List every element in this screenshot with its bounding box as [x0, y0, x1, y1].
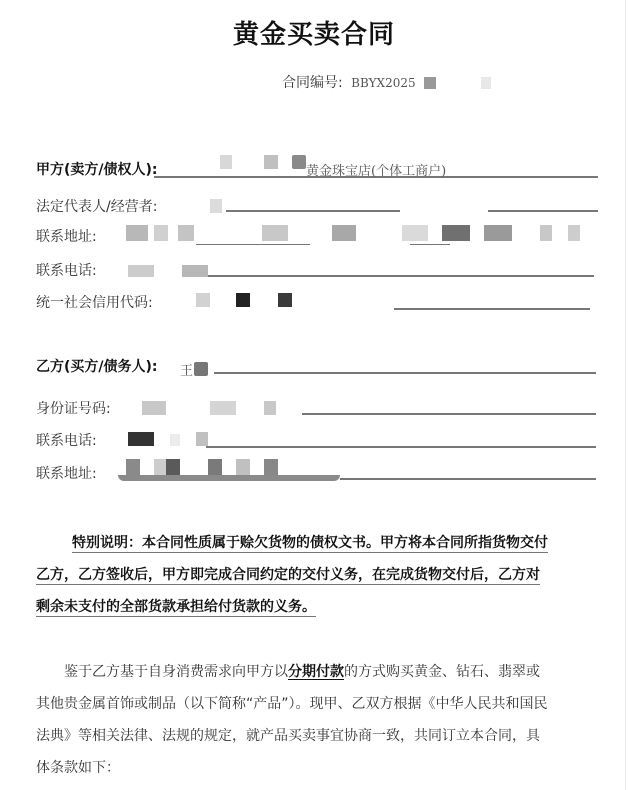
special-notice-line: 剩余未支付的全部货款承担给付货款的义务。 — [36, 599, 316, 615]
field-line — [208, 275, 594, 277]
redaction-block — [264, 155, 278, 169]
redaction-block — [142, 401, 166, 415]
preamble-text: 鉴于乙方基于自身消费需求向甲方以 — [64, 664, 288, 680]
field-line — [410, 244, 450, 245]
redaction-block — [170, 434, 180, 446]
field-line — [340, 478, 596, 480]
party-b-address-label: 联系地址: — [36, 464, 97, 484]
party-a-legal-rep-label: 法定代表人/经营者: — [36, 197, 157, 217]
field-line — [196, 244, 310, 245]
preamble-emphasis: 分期付款 — [288, 664, 344, 680]
field-line — [302, 413, 596, 415]
redaction-block — [194, 362, 208, 376]
field-line — [226, 210, 400, 212]
redaction-block — [278, 293, 292, 307]
redaction-block — [481, 77, 491, 89]
special-notice: 特别说明：本合同性质属于赊欠货物的债权文书。甲方将本合同所指货物交付 乙方，乙方… — [36, 527, 596, 623]
redaction-block — [128, 265, 154, 277]
special-notice-line: 特别说明：本合同性质属于赊欠货物的债权文书。甲方将本合同所指货物交付 — [72, 535, 548, 551]
redaction-block — [220, 155, 232, 169]
page-edge — [625, 0, 626, 790]
party-b-name: 王 — [180, 360, 193, 379]
redaction-block — [264, 401, 276, 415]
party-b-phone-label: 联系电话: — [36, 431, 97, 451]
preamble-line: 其他贵金属首饰或制品（以下简称“产品”）。现甲、乙双方根据《中华人民共和国民 — [36, 688, 598, 720]
special-notice-line: 乙方，乙方签收后，甲方即完成合同约定的交付义务，在完成货物交付后，乙方对 — [36, 567, 540, 583]
contract-number-label: 合同编号: — [282, 75, 343, 91]
redaction-block — [292, 155, 306, 169]
redaction-block — [196, 432, 208, 446]
redaction-block — [128, 432, 154, 446]
field-line — [488, 210, 598, 212]
redacted-address — [118, 459, 340, 481]
redaction-block — [182, 265, 208, 277]
redaction-block — [210, 199, 222, 213]
redaction-block — [424, 77, 436, 89]
party-a-credit-code-label: 统一社会信用代码: — [36, 293, 153, 313]
preamble-paragraph: 鉴于乙方基于自身消费需求向甲方以分期付款的方式购买黄金、钻石、翡翠或 其他贵金属… — [36, 656, 598, 784]
contract-number: 合同编号: BBYX2025 — [282, 72, 491, 92]
field-line — [394, 308, 590, 310]
contract-number-value: BBYX2025 — [351, 76, 415, 90]
redaction-block — [236, 293, 250, 307]
party-a-phone-label: 联系电话: — [36, 261, 97, 281]
preamble-text: 的方式购买黄金、钻石、翡翠或 — [344, 664, 540, 680]
party-b-name-line — [214, 372, 596, 374]
party-a-shop-name: 黄金珠宝店(个体工商户) — [306, 160, 446, 179]
preamble-line: 体条款如下： — [36, 752, 598, 784]
preamble-line: 法典》等相关法律、法规的规定，就产品买卖事宜协商一致，共同订立本合同，具 — [36, 720, 598, 752]
redaction-block — [196, 293, 210, 307]
field-line — [206, 446, 596, 448]
document-title: 黄金买卖合同 — [0, 14, 628, 51]
party-b-id-label: 身份证号码: — [36, 399, 111, 419]
party-b-heading: 乙方(买方/债务人): — [36, 357, 158, 377]
party-a-address-label: 联系地址: — [36, 227, 97, 247]
party-a-heading: 甲方(卖方/债权人): — [36, 160, 158, 180]
redaction-block — [210, 401, 236, 415]
redacted-address-cont — [332, 225, 588, 241]
